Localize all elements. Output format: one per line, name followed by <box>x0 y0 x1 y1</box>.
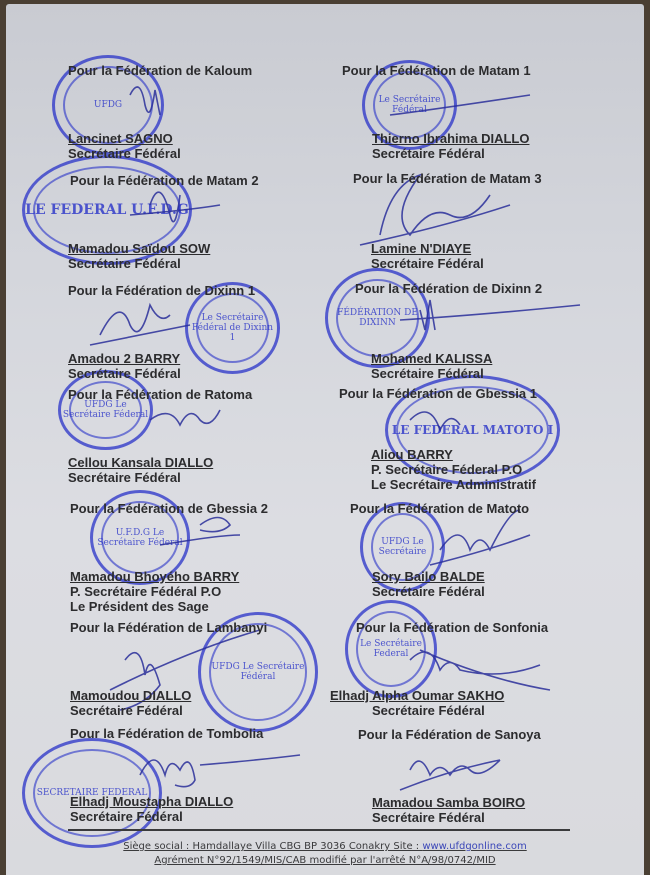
signature-block-gbessia1: Pour la Fédération de Gbessia 1 Aliou BA… <box>339 386 537 492</box>
signature-block-tombolia: Pour la Fédération de Tombolia Elhadj Mo… <box>70 726 263 824</box>
signatory-name: Mamoudou DIALLO <box>70 688 267 703</box>
federation-title: Pour la Fédération de Gbessia 1 <box>339 386 537 401</box>
signatory-name: Lamine N'DIAYE <box>353 241 542 256</box>
signature-block-lambanyi: Pour la Fédération de Lambanyi Mamoudou … <box>70 620 267 718</box>
signatory-role: Secrétaire Fédéral <box>70 809 263 824</box>
footer-address: Siège social : Hamdallaye Villa CBG BP 3… <box>0 841 650 852</box>
signatory-role: Secrétaire Fédéral <box>353 256 542 271</box>
signatory-role-secondary: Le Président des Sage <box>70 599 268 614</box>
signatory-role: P. Secrétaire Féderal P.O <box>339 462 537 477</box>
federation-title: Pour la Fédération de Sanoya <box>358 727 541 742</box>
federation-title: Pour la Fédération de Dixinn 2 <box>355 281 542 296</box>
footer-address-text: Siège social : Hamdallaye Villa CBG BP 3… <box>123 841 422 852</box>
signatory-name: Cellou Kansala DIALLO <box>68 455 252 470</box>
signatory-name: Thierno Ibrahima DIALLO <box>342 131 531 146</box>
federation-title: Pour la Fédération de Lambanyi <box>70 620 267 635</box>
signature-block-matam2: Pour la Fédération de Matam 2 Mamadou Sa… <box>68 173 259 271</box>
signature-block-kaloum: Pour la Fédération de Kaloum Lancinet SA… <box>68 63 252 161</box>
federation-title: Pour la Fédération de Tombolia <box>70 726 263 741</box>
footer-registration: Agrément N°92/1549/MIS/CAB modifié par l… <box>0 855 650 866</box>
federation-title: Pour la Fédération de Kaloum <box>68 63 252 78</box>
signature-block-matam1: Pour la Fédération de Matam 1 Thierno Ib… <box>342 63 531 161</box>
signatory-name: Aliou BARRY <box>339 447 537 462</box>
signatory-role: Secrétaire Fédéral <box>68 470 252 485</box>
signatory-role: Secrétaire Fédéral <box>70 703 267 718</box>
signatory-role: P. Secrétaire Fédéral P.O <box>70 584 268 599</box>
signatory-name: Elhadj Alpha Oumar SAKHO <box>330 688 548 703</box>
signature-block-matam3: Pour la Fédération de Matam 3 Lamine N'D… <box>353 171 542 271</box>
federation-title: Pour la Fédération de Gbessia 2 <box>70 501 268 516</box>
signatory-role: Secrétaire Fédéral <box>342 146 531 161</box>
signature-block-dixinn2: Pour la Fédération de Dixinn 2 Mohamed K… <box>355 281 542 381</box>
federation-title: Pour la Fédération de Matam 1 <box>342 63 531 78</box>
federation-title: Pour la Fédération de Ratoma <box>68 387 252 402</box>
signatory-role: Secrétaire Fédéral <box>355 366 542 381</box>
signatory-role: Secrétaire Fédéral <box>350 584 529 599</box>
federation-title: Pour la Fédération de Matam 3 <box>353 171 542 186</box>
signatory-name: Sory Bailo BALDE <box>350 569 529 584</box>
signatory-name: Elhadj Moustapha DIALLO <box>70 794 263 809</box>
federation-title: Pour la Fédération de Dixinn 1 <box>68 283 255 298</box>
signatory-name: Mamadou Bhoyého BARRY <box>70 569 268 584</box>
signatory-name: Amadou 2 BARRY <box>68 351 255 366</box>
signature-block-dixinn1: Pour la Fédération de Dixinn 1 Amadou 2 … <box>68 283 255 381</box>
signature-block-sanoya: Pour la Fédération de Sanoya Mamadou Sam… <box>358 727 541 825</box>
signature-block-gbessia2: Pour la Fédération de Gbessia 2 Mamadou … <box>70 501 268 614</box>
signatory-role: Secrétaire Fédéral <box>352 703 548 718</box>
federation-title: Pour la Fédération de Sonfonia <box>352 620 548 635</box>
signature-block-ratoma: Pour la Fédération de Ratoma Cellou Kans… <box>68 387 252 485</box>
signatory-role: Secrétaire Fédéral <box>358 810 541 825</box>
signatory-name: Mamadou Saïdou SOW <box>68 241 259 256</box>
signatory-role: Secrétaire Fédéral <box>68 256 259 271</box>
signatory-role: Secrétaire Fédéral <box>68 366 255 381</box>
signatory-name: Lancinet SAGNO <box>68 131 252 146</box>
federation-title: Pour la Fédération de Matam 2 <box>68 173 259 188</box>
signatory-name: Mohamed KALISSA <box>355 351 542 366</box>
footer-divider <box>68 829 570 831</box>
signature-block-matoto: Pour la Fédération de Matoto Sory Bailo … <box>350 501 529 599</box>
signature-block-sonfonia: Pour la Fédération de Sonfonia Elhadj Al… <box>352 620 548 718</box>
signatory-role-secondary: Le Secrétaire Administratif <box>339 477 537 492</box>
signatory-name: Mamadou Samba BOIRO <box>358 795 541 810</box>
federation-title: Pour la Fédération de Matoto <box>350 501 529 516</box>
website-link[interactable]: www.ufdgonline.com <box>422 841 526 852</box>
signatory-role: Secrétaire Fédéral <box>68 146 252 161</box>
